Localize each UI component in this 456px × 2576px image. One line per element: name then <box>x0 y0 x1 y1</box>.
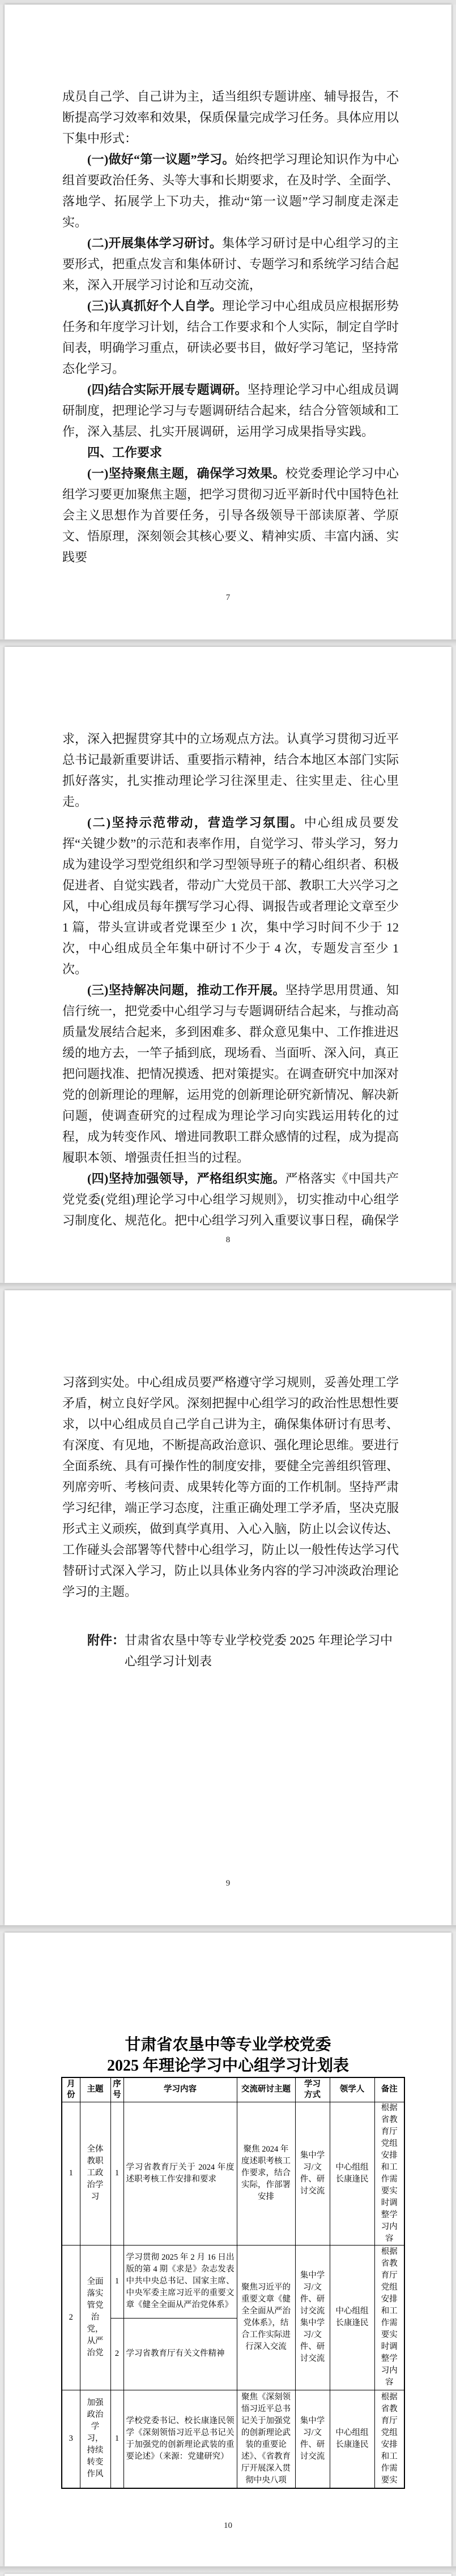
cell-note: 根据省教育厅党组安排和工作需要实时调整学习内容 <box>374 2102 404 2245</box>
page-9: 习落到实处。中心组成员要严格遵守学习规则，妥善处理工学矛盾，树立良好学风。深刻把… <box>5 1290 451 1925</box>
table-title-line2: 2025 年理论学习中心组学习计划表 <box>5 2055 451 2076</box>
paragraph-lead: (四)结合实际开展专题调研。 <box>87 383 248 397</box>
page-number: 9 <box>5 1878 451 1889</box>
paragraph: (三)认真抓好个人自学。理论学习中心组成员应根据形势任务和年度学习计划，结合工作… <box>62 295 399 379</box>
page-number: 7 <box>5 592 451 603</box>
document-viewer: 成员自己学、自己讲为主，适当组织专题讲座、辅导报告，不断提高学习效率和效果，保质… <box>0 0 456 2576</box>
cell-month: 3 <box>62 2390 80 2488</box>
page-number: 10 <box>5 2520 451 2531</box>
paragraph-lead: (二)开展集体学习研讨。 <box>87 236 222 250</box>
attachment-note: 附件： 甘肃省农垦中等专业学校党委 2025 年理论学习中心组学习计划表 <box>87 1630 404 1672</box>
cell-no: 1 <box>110 2390 123 2488</box>
paragraph: (一)做好“第一议题”学习。始终把学习理论知识作为中心组首要政治任务、头等大事和… <box>62 149 399 233</box>
cell-topic: 聚焦习近平的重要文章《健全全面从严治党体系》，结合工作实际进行深入交流 <box>237 2245 295 2390</box>
col-header-content: 学习内容 <box>123 2077 237 2102</box>
cell-no: 1 <box>110 2245 123 2318</box>
page-gap <box>0 639 456 647</box>
cell-method: 集中学习/文件、研讨交流 <box>295 2102 330 2245</box>
paragraph: (四)结合实际开展专题调研。坚持理论学习中心组成员调研制度，把理论学习与专题调研… <box>62 379 399 442</box>
page-7: 成员自己学、自己讲为主，适当组织专题讲座、辅导报告，不断提高学习效率和效果，保质… <box>5 5 451 639</box>
method-entry: 集中学习/文件、研讨交流 <box>300 2317 325 2365</box>
page-8-body: 求，深入把握贯穿其中的立场观点方法。认真学习贯彻习近平总书记最新重要讲话、重要指… <box>62 728 399 1231</box>
paragraph: (二)坚持示范带动，营造学习氛围。中心组成员要发挥“关键少数”的示范和表率作用，… <box>62 812 399 980</box>
table-row: 3 加强政治学习，持续转变作风 1 学校党委书记、校长康逢民领学《深刻领悟习近平… <box>62 2390 404 2488</box>
table-title-line1: 甘肃省农垦中等专业学校党委 <box>5 2034 451 2055</box>
cell-leader: 中心组组长康逢民 <box>330 2390 374 2488</box>
cell-theme: 加强政治学习，持续转变作风 <box>80 2390 110 2488</box>
page-7-body: 成员自己学、自己讲为主，适当组织专题讲座、辅导报告，不断提高学习效率和效果，保质… <box>62 86 399 568</box>
table-row: 2 全面落实管党治党，从严治党 1 学习贯彻 2025 年 2 月 16 日出版… <box>62 2245 404 2318</box>
page-gap <box>0 0 456 5</box>
page-gap <box>0 2566 456 2574</box>
attachment-text: 甘肃省农垦中等专业学校党委 2025 年理论学习中心组学习计划表 <box>125 1630 404 1672</box>
section-heading: 四、工作要求 <box>62 442 399 463</box>
cell-content: 学习省教育厅关于 2024 年度述职考核工作安排和要求 <box>123 2102 237 2245</box>
cell-theme: 全体教职工政治学习 <box>80 2102 110 2245</box>
page-8: 求，深入把握贯穿其中的立场观点方法。认真学习贯彻习近平总书记最新重要讲话、重要指… <box>5 647 451 1283</box>
next-page-edge <box>5 2574 451 2576</box>
attachment-label: 附件： <box>87 1630 125 1651</box>
paragraph-lead: (一)坚持聚焦主题，确保学习效果。 <box>87 466 285 480</box>
paragraph-text: 习落到实处。中心组成员要严格遵守学习规则，妥善处理工学矛盾，树立良好学风。深刻把… <box>62 1375 399 1599</box>
paragraph-text: 校党委理论学习中心组学习要更加聚焦主题，把学习贯彻习近平新时代中国特色社会主义思… <box>62 466 399 564</box>
col-header-method: 学习方式 <box>295 2077 330 2102</box>
cell-content: 学校党委书记、校长康逢民领学《深刻领悟习近平总书记关于加强党的创新理论武装的重要… <box>123 2390 237 2488</box>
cell-theme: 全面落实管党治党，从严治党 <box>80 2245 110 2390</box>
cell-content: 学习省教育厅有关文件精神 <box>123 2318 237 2390</box>
paragraph-text: 坚持学思用贯通、知信行统一，把党委中心组学习与专题调研结合起来，与推动高质量发展… <box>62 983 399 1165</box>
col-header-topic: 交流研讨主题 <box>237 2077 295 2102</box>
paragraph: 习落到实处。中心组成员要严格遵守学习规则，妥善处理工学矛盾，树立良好学风。深刻把… <box>62 1372 399 1602</box>
paragraph: 成员自己学、自己讲为主，适当组织专题讲座、辅导报告，不断提高学习效率和效果，保质… <box>62 86 399 149</box>
paragraph-text: 中心组成员要发挥“关键少数”的示范和表率作用，自觉学习、带头学习，努力成为建设学… <box>62 815 399 976</box>
paragraph-lead: (三)坚持解决问题，推动工作开展。 <box>87 983 285 997</box>
page-gap <box>0 1925 456 1933</box>
cell-month: 1 <box>62 2102 80 2245</box>
cell-method: 集中学习/文件、研讨交流 <box>295 2390 330 2488</box>
cell-no: 1 <box>110 2102 123 2245</box>
table-title: 甘肃省农垦中等专业学校党委 2025 年理论学习中心组学习计划表 <box>5 2034 451 2076</box>
cell-leader: 中心组组长康逢民 <box>330 2102 374 2245</box>
method-entry: 集中学习/文件、研讨交流 <box>300 2415 325 2463</box>
paragraph: (四)坚持加强领导，严格组织实施。严格落实《中国共产党党委(党组)理论学习中心组… <box>62 1168 399 1231</box>
method-entry: 集中学习/文件、研讨交流 <box>300 2270 325 2317</box>
cell-month: 2 <box>62 2245 80 2390</box>
cell-method: 集中学习/文件、研讨交流 集中学习/文件、研讨交流 <box>295 2245 330 2390</box>
paragraph-lead: (三)认真抓好个人自学。 <box>87 299 222 313</box>
page-10: 甘肃省农垦中等专业学校党委 2025 年理论学习中心组学习计划表 月份 主题 序… <box>5 1933 451 2566</box>
col-header-month: 月份 <box>62 2077 80 2102</box>
table-row: 1 全体教职工政治学习 1 学习省教育厅关于 2024 年度述职考核工作安排和要… <box>62 2102 404 2245</box>
col-header-leader: 领学人 <box>330 2077 374 2102</box>
col-header-note: 备注 <box>374 2077 404 2102</box>
paragraph-text: 成员自己学、自己讲为主，适当组织专题讲座、辅导报告，不断提高学习效率和效果，保质… <box>62 89 399 145</box>
page-gap <box>0 1283 456 1290</box>
cell-no: 2 <box>110 2318 123 2390</box>
paragraph: (一)坚持聚焦主题，确保学习效果。校党委理论学习中心组学习要更加聚焦主题，把学习… <box>62 463 399 568</box>
cell-leader: 中心组组长康逢民 <box>330 2245 374 2390</box>
paragraph-lead: (一)做好“第一议题”学习。 <box>87 152 235 166</box>
paragraph-lead: (二)坚持示范带动，营造学习氛围。 <box>87 815 304 830</box>
col-header-theme: 主题 <box>80 2077 110 2102</box>
paragraph: (三)坚持解决问题，推动工作开展。坚持学思用贯通、知信行统一，把党委中心组学习与… <box>62 980 399 1168</box>
table-header-row: 月份 主题 序号 学习内容 交流研讨主题 学习方式 领学人 备注 <box>62 2077 404 2102</box>
cell-content: 学习贯彻 2025 年 2 月 16 日出版的第 4 期《求是》杂志发表中共中央… <box>123 2245 237 2318</box>
paragraph: (二)开展集体学习研讨。集体学习研讨是中心组学习的主要形式，把重点发言和集体研讨… <box>62 233 399 295</box>
col-header-no: 序号 <box>110 2077 123 2102</box>
cell-note: 根据省教育厅党组安排和工作需要实 <box>374 2390 404 2488</box>
method-entry: 集中学习/文件、研讨交流 <box>300 2150 325 2197</box>
cell-topic: 聚焦 2024 年度述职考核工作要求，结合实际，作部署安排 <box>237 2102 295 2245</box>
paragraph-text: 求，深入把握贯穿其中的立场观点方法。认真学习贯彻习近平总书记最新重要讲话、重要指… <box>62 732 399 809</box>
paragraph-lead: (四)坚持加强领导，严格组织实施。 <box>87 1171 285 1186</box>
study-plan-table: 月份 主题 序号 学习内容 交流研讨主题 学习方式 领学人 备注 1 全体教职工… <box>61 2077 405 2489</box>
page-number: 8 <box>5 1234 451 1246</box>
cell-note: 根据省教育厅党组安排和工作需要实时调整学习内容 <box>374 2245 404 2390</box>
page-9-body: 习落到实处。中心组成员要严格遵守学习规则，妥善处理工学矛盾，树立良好学风。深刻把… <box>62 1372 399 1602</box>
cell-topic: 聚焦《深刻领悟习近平总书记关于加强党的创新理论武装的重要论述》、《省教育厅开展深… <box>237 2390 295 2488</box>
paragraph: 求，深入把握贯穿其中的立场观点方法。认真学习贯彻习近平总书记最新重要讲话、重要指… <box>62 728 399 812</box>
